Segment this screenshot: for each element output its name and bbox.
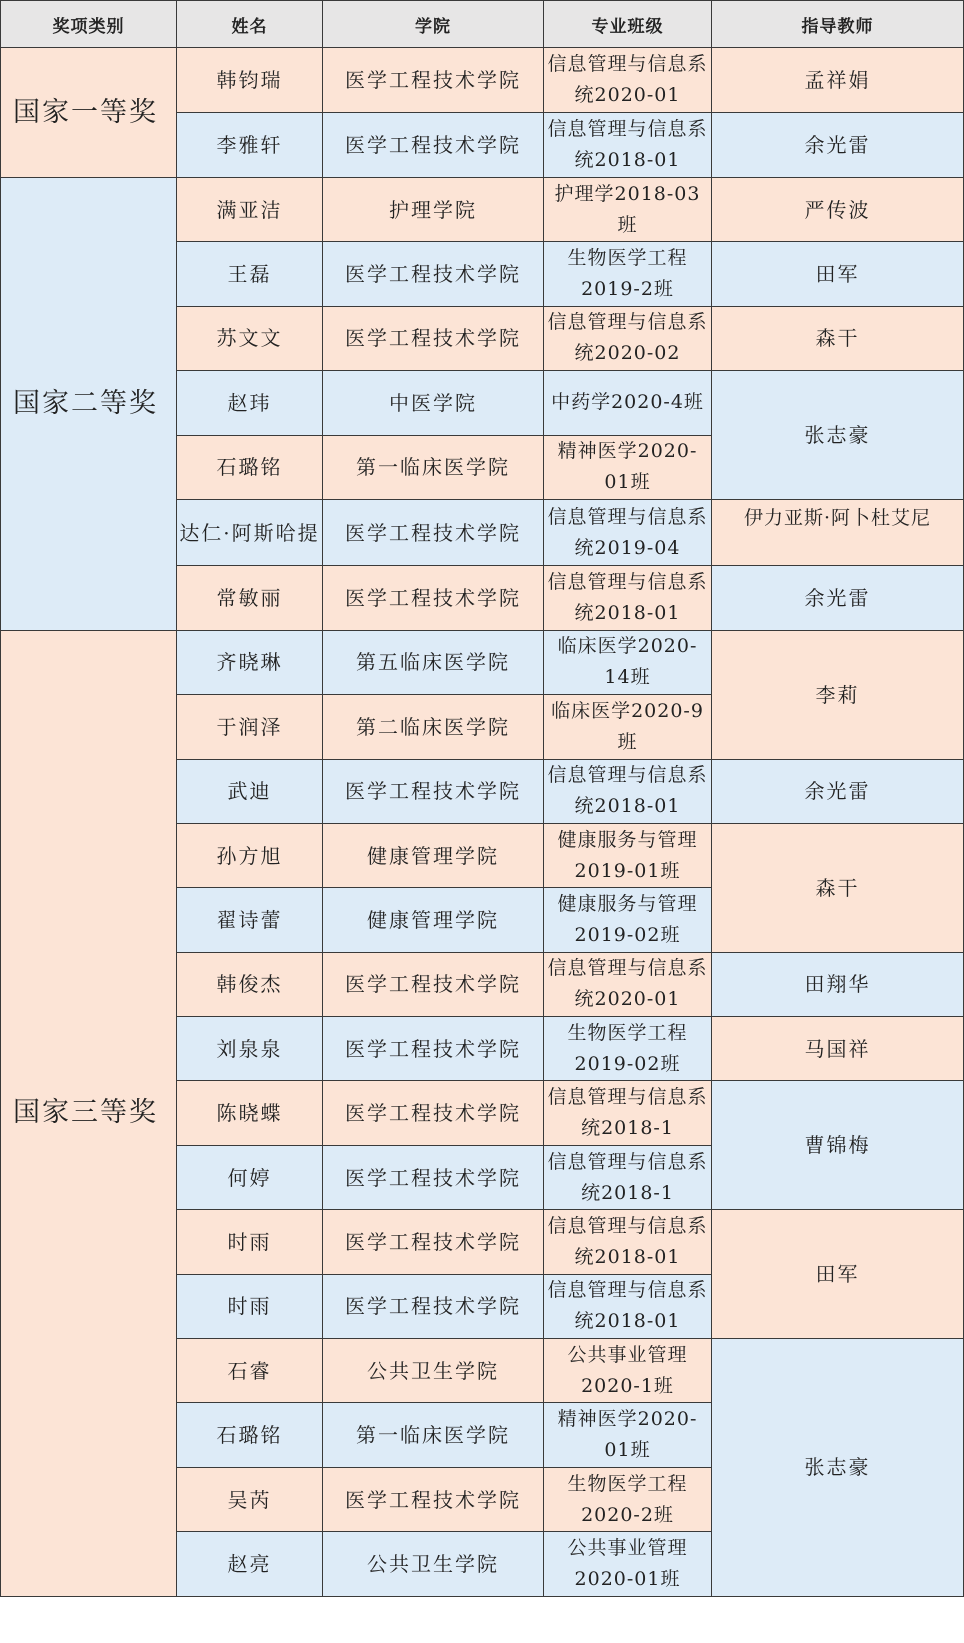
major-class: 生物医学工程2020-2班 [544,1467,712,1531]
major-class: 信息管理与信息系统2018-1 [544,1145,712,1209]
major-class: 信息管理与信息系统2018-01 [544,1210,712,1274]
major-class: 临床医学2020-9班 [544,695,712,759]
advisor: 马国祥 [712,1017,964,1081]
college: 第一临床医学院 [323,435,544,499]
college: 医学工程技术学院 [323,306,544,370]
student-name: 时雨 [177,1210,323,1274]
header-award-category: 奖项类别 [1,1,177,48]
student-name: 石睿 [177,1339,323,1403]
student-name: 常敏丽 [177,566,323,630]
major-class: 护理学2018-03班 [544,178,712,242]
advisor: 李莉 [712,630,964,759]
college: 第五临床医学院 [323,630,544,694]
college: 医学工程技术学院 [323,242,544,306]
major-class: 生物医学工程2019-2班 [544,242,712,306]
student-name: 赵玮 [177,371,323,435]
major-class: 精神医学2020-01班 [544,1403,712,1467]
major-class: 信息管理与信息系统2018-01 [544,113,712,178]
student-name: 陈晓蝶 [177,1081,323,1145]
college: 健康管理学院 [323,823,544,887]
college: 医学工程技术学院 [323,566,544,630]
college: 医学工程技术学院 [323,499,544,565]
student-name: 李雅轩 [177,113,323,178]
major-class: 健康服务与管理2019-01班 [544,823,712,887]
advisor: 余光雷 [712,566,964,630]
student-name: 达仁·阿斯哈提 [177,499,323,565]
award-category-second-prize: 国家二等奖 [1,178,177,631]
table-row: 国家三等奖 齐晓琳 第五临床医学院 临床医学2020-14班 李莉 [1,630,964,694]
major-class: 信息管理与信息系统2018-01 [544,566,712,630]
student-name: 石璐铭 [177,435,323,499]
student-name: 孙方旭 [177,823,323,887]
header-advisor: 指导教师 [712,1,964,48]
major-class: 公共事业管理2020-01班 [544,1532,712,1596]
student-name: 吴芮 [177,1467,323,1531]
college: 健康管理学院 [323,888,544,952]
major-class: 信息管理与信息系统2020-01 [544,48,712,113]
student-name: 赵亮 [177,1532,323,1596]
advisor: 田军 [712,1210,964,1339]
college: 中医学院 [323,371,544,435]
student-name: 齐晓琳 [177,630,323,694]
major-class: 信息管理与信息系统2018-01 [544,759,712,823]
award-category-third-prize: 国家三等奖 [1,630,177,1596]
college: 公共卫生学院 [323,1339,544,1403]
awards-table: 奖项类别 姓名 学院 专业班级 指导教师 国家一等奖 韩钧瑞 医学工程技术学院 … [0,0,964,1597]
college: 护理学院 [323,178,544,242]
student-name: 韩钧瑞 [177,48,323,113]
major-class: 信息管理与信息系统2020-02 [544,306,712,370]
student-name: 何婷 [177,1145,323,1209]
table-row: 国家一等奖 韩钧瑞 医学工程技术学院 信息管理与信息系统2020-01 孟祥娟 [1,48,964,113]
advisor: 孟祥娟 [712,48,964,113]
advisor: 曹锦梅 [712,1081,964,1210]
student-name: 王磊 [177,242,323,306]
major-class: 临床医学2020-14班 [544,630,712,694]
advisor: 田翔华 [712,952,964,1016]
major-class: 信息管理与信息系统2019-04 [544,499,712,565]
table-row: 国家二等奖 满亚洁 护理学院 护理学2018-03班 严传波 [1,178,964,242]
college: 医学工程技术学院 [323,1145,544,1209]
college: 第一临床医学院 [323,1403,544,1467]
student-name: 翟诗蕾 [177,888,323,952]
award-category-first-prize: 国家一等奖 [1,48,177,178]
student-name: 石璐铭 [177,1403,323,1467]
student-name: 刘泉泉 [177,1017,323,1081]
advisor: 伊力亚斯·阿卜杜艾尼 [712,499,964,565]
major-class: 信息管理与信息系统2018-1 [544,1081,712,1145]
major-class: 信息管理与信息系统2018-01 [544,1274,712,1338]
header-row: 奖项类别 姓名 学院 专业班级 指导教师 [1,1,964,48]
student-name: 时雨 [177,1274,323,1338]
college: 医学工程技术学院 [323,1017,544,1081]
major-class: 信息管理与信息系统2020-01 [544,952,712,1016]
student-name: 武迪 [177,759,323,823]
college: 医学工程技术学院 [323,952,544,1016]
college: 公共卫生学院 [323,1532,544,1596]
advisor: 森干 [712,823,964,952]
major-class: 中药学2020-4班 [544,371,712,435]
college: 医学工程技术学院 [323,759,544,823]
student-name: 苏文文 [177,306,323,370]
college: 医学工程技术学院 [323,1467,544,1531]
advisor: 张志豪 [712,371,964,500]
major-class: 公共事业管理2020-1班 [544,1339,712,1403]
student-name: 于润泽 [177,695,323,759]
header-major-class: 专业班级 [544,1,712,48]
student-name: 满亚洁 [177,178,323,242]
major-class: 生物医学工程2019-02班 [544,1017,712,1081]
college: 医学工程技术学院 [323,1081,544,1145]
header-name: 姓名 [177,1,323,48]
college: 第二临床医学院 [323,695,544,759]
advisor: 余光雷 [712,113,964,178]
college: 医学工程技术学院 [323,113,544,178]
advisor: 余光雷 [712,759,964,823]
advisor: 严传波 [712,178,964,242]
advisor: 森干 [712,306,964,370]
advisor: 田军 [712,242,964,306]
student-name: 韩俊杰 [177,952,323,1016]
college: 医学工程技术学院 [323,1274,544,1338]
college: 医学工程技术学院 [323,1210,544,1274]
advisor: 张志豪 [712,1339,964,1597]
header-college: 学院 [323,1,544,48]
major-class: 健康服务与管理2019-02班 [544,888,712,952]
college: 医学工程技术学院 [323,48,544,113]
major-class: 精神医学2020-01班 [544,435,712,499]
